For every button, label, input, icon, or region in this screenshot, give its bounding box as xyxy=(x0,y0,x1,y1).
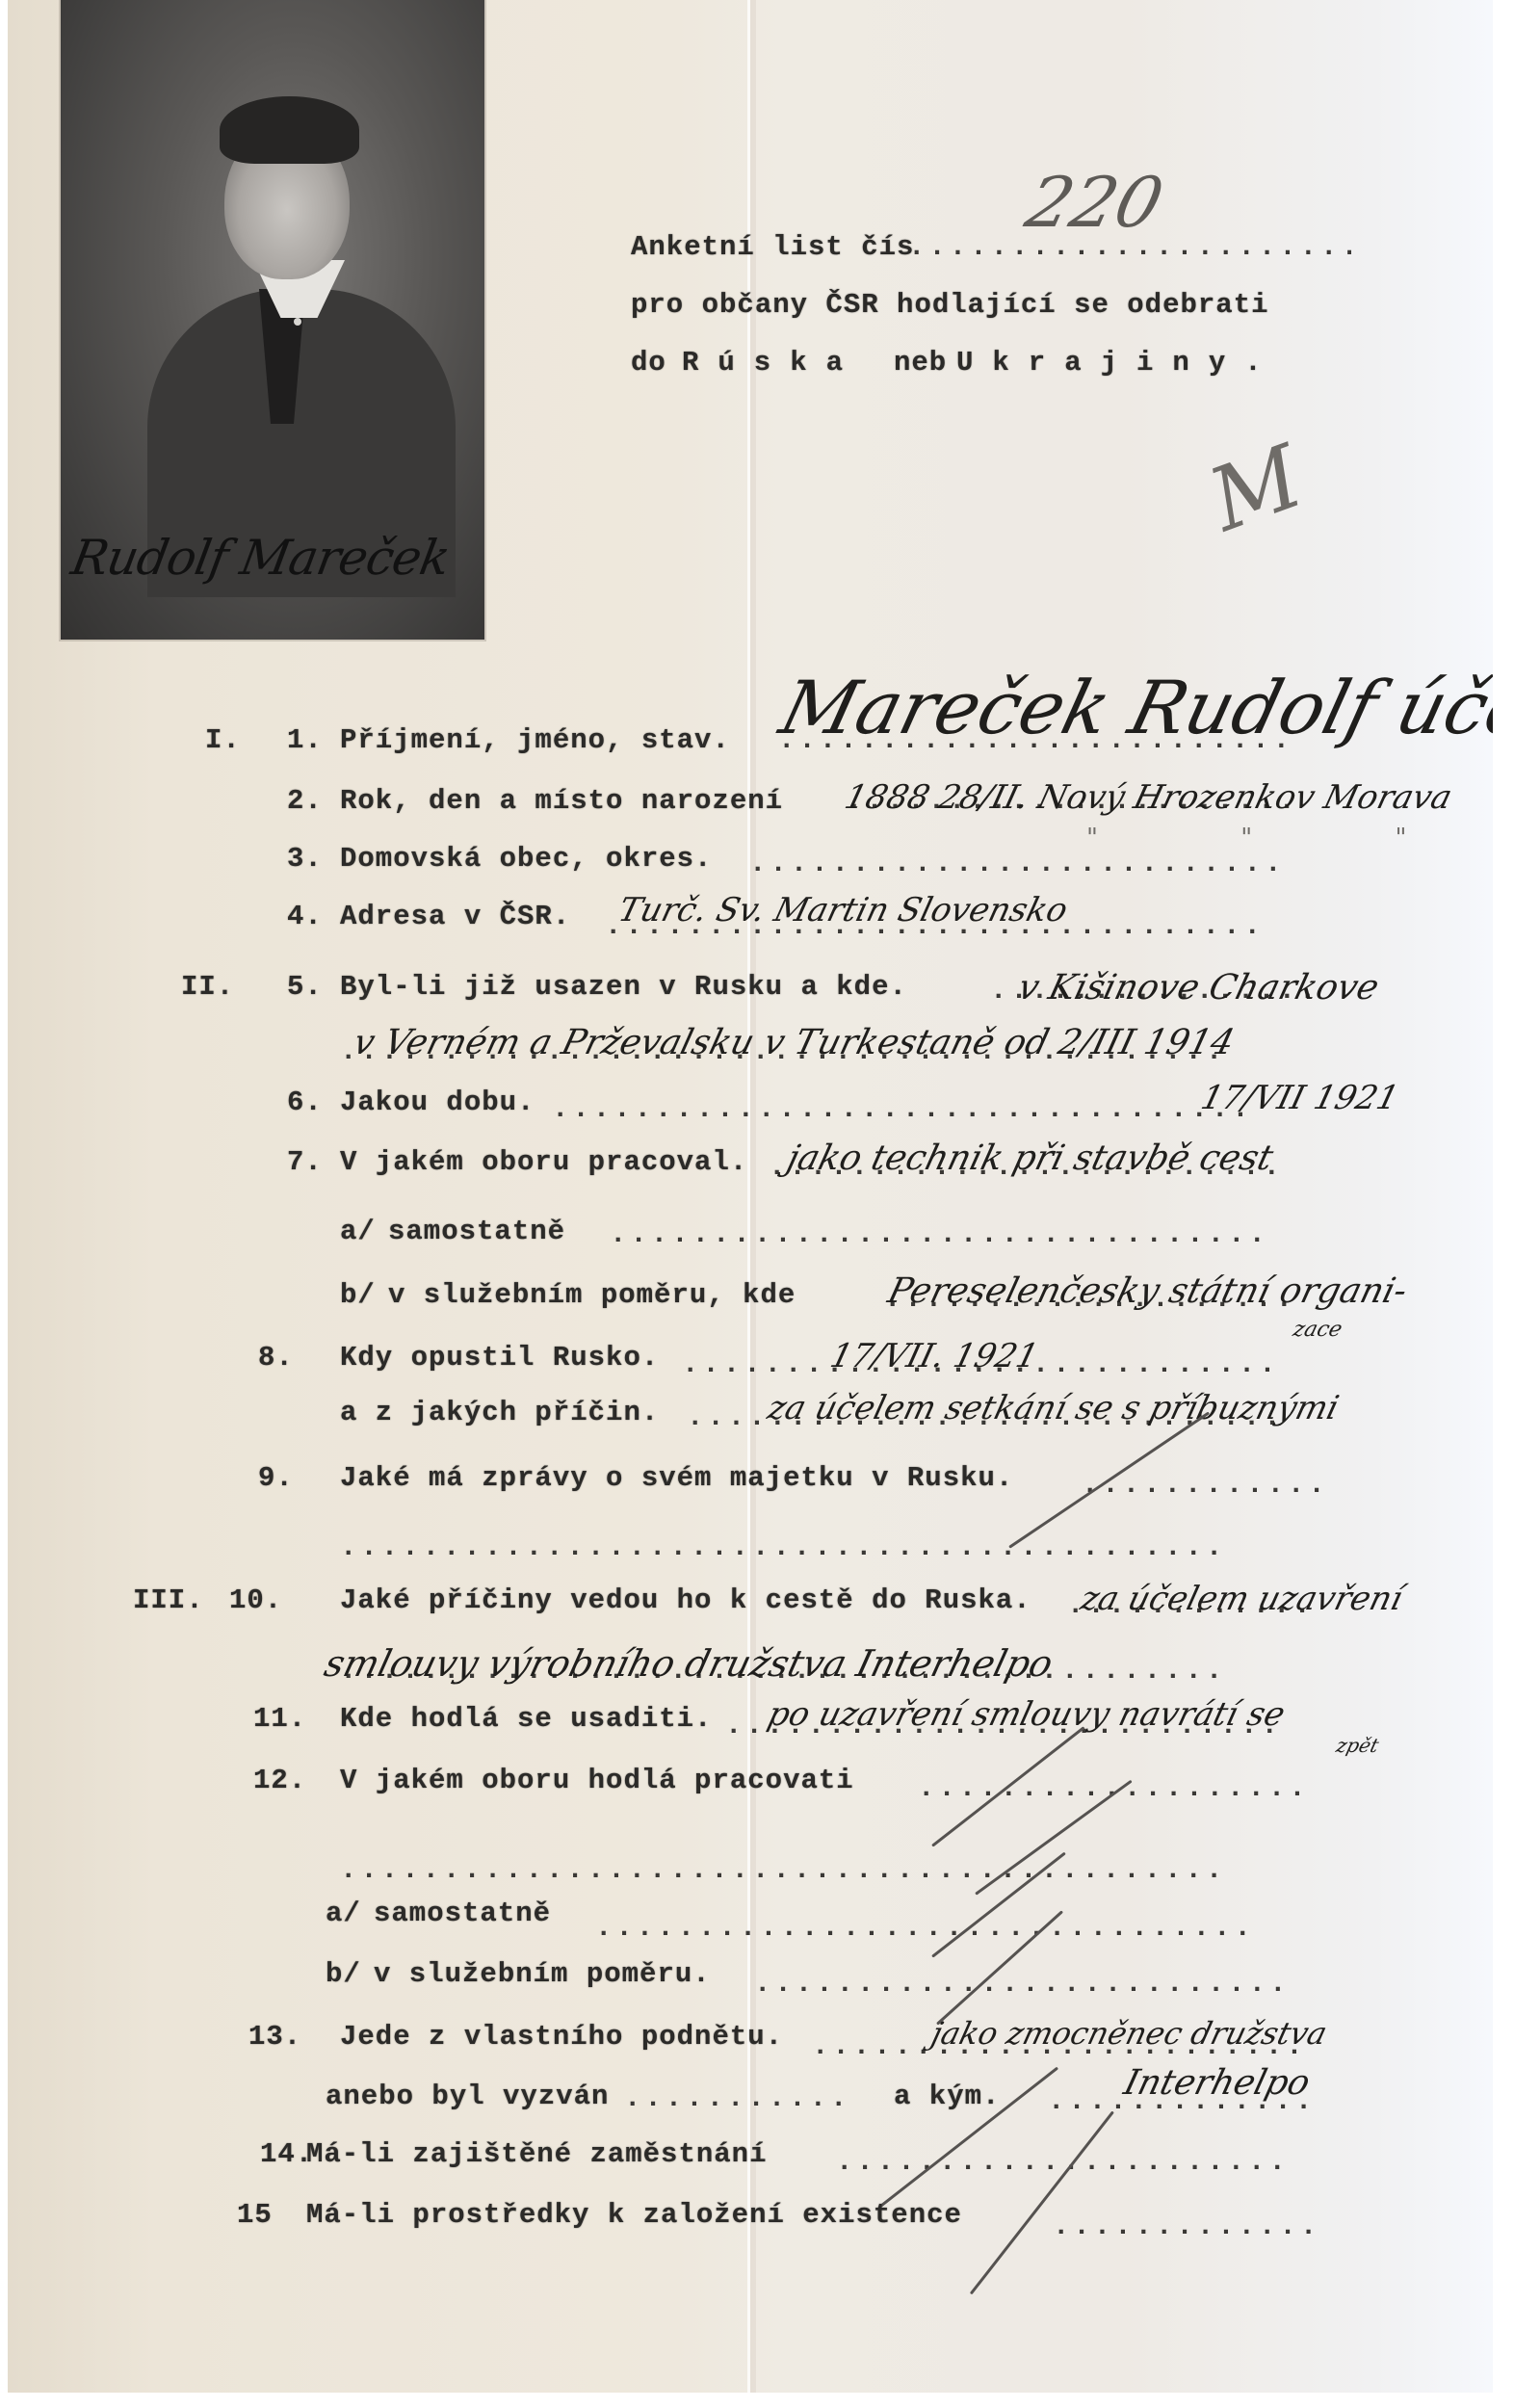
field-6-label: Jakou dobu. xyxy=(340,1086,535,1118)
field-9-label: Jaké má zprávy o svém majetku v Rusku. xyxy=(340,1462,1013,1494)
field-7a-label: samostatně xyxy=(388,1216,565,1247)
field-12-label: V jakém oboru hodlá pracovati xyxy=(340,1765,854,1796)
field-5-num: 5. xyxy=(287,971,323,1003)
field-10-answer[interactable]: za účelem uzavření xyxy=(1077,1580,1407,1618)
header-line-1: Anketní list čís xyxy=(631,231,914,263)
field-2-answer[interactable]: 1888 28/II. Nový Hrozenkov Morava xyxy=(841,778,1456,817)
field-1-answer[interactable]: Mareček Rudolf účetní xyxy=(772,665,1493,750)
field-8-reason-label: a z jakých příčin. xyxy=(340,1397,659,1428)
document-page: Rudolf Mareček Anketní list čís ........… xyxy=(8,0,1493,2393)
section-III: III. xyxy=(133,1584,204,1616)
field-12a-num: a/ xyxy=(326,1898,361,1929)
field-12b-dots: .......................... xyxy=(754,1968,1366,2000)
field-8-label: Kdy opustil Rusko. xyxy=(340,1342,659,1374)
field-13-by-whom-label: a kým. xyxy=(894,2081,1000,2112)
field-3-num: 3. xyxy=(287,843,323,875)
portrait-photo: Rudolf Mareček xyxy=(61,0,484,640)
field-15-label: Má-li prostředky k založení existence xyxy=(306,2199,962,2231)
field-11-answer-note[interactable]: zpět xyxy=(1334,1734,1381,1757)
header-line-3-ruska: Rúska xyxy=(682,347,862,379)
field-4-label: Adresa v ČSR. xyxy=(340,901,570,932)
field-10-label: Jaké příčiny vedou ho k cestě do Ruska. xyxy=(340,1584,1031,1616)
field-5-answer-line2[interactable]: v Verném a Prževalsku v Turkestaně od 2/… xyxy=(350,1023,1239,1062)
field-9-dots-line2: ........................................… xyxy=(340,1531,1366,1563)
field-2-num: 2. xyxy=(287,785,323,817)
field-12-dots: ................... xyxy=(918,1772,1366,1804)
field-7-num: 7. xyxy=(287,1146,323,1178)
field-14-dots: ...................... xyxy=(836,2146,1366,2178)
field-8-reason-answer[interactable]: za účelem setkání se s příbuznými xyxy=(764,1389,1343,1427)
field-15-cancel-stroke xyxy=(970,2110,1114,2294)
section-I: I. xyxy=(205,724,241,756)
field-7b-num: b/ xyxy=(340,1279,376,1311)
field-11-label: Kde hodlá se usaditi. xyxy=(340,1703,712,1735)
field-13-invited-dots: ........... xyxy=(624,2082,894,2114)
field-13-invited-label: anebo byl vyzván xyxy=(326,2081,609,2112)
field-8-num: 8. xyxy=(258,1342,294,1374)
field-12b-num: b/ xyxy=(326,1958,361,1990)
field-7a-num: a/ xyxy=(340,1216,376,1247)
field-7b-answer[interactable]: Pereselenčesky státní organi- xyxy=(884,1271,1411,1311)
photo-lapel-pin xyxy=(294,318,301,326)
field-8-answer[interactable]: 17/VII. 1921 xyxy=(826,1337,1042,1375)
field-12-dots-line2: ........................................… xyxy=(340,1854,1366,1886)
field-13-by-whom-answer[interactable]: Interhelpo xyxy=(1120,2063,1314,2103)
field-9-num: 9. xyxy=(258,1462,294,1494)
field-12-num: 12. xyxy=(253,1765,306,1796)
section-II: II. xyxy=(181,971,234,1003)
field-11-num: 11. xyxy=(253,1703,306,1735)
field-4-answer[interactable]: Turč. Sv. Martin Slovensko xyxy=(614,891,1072,929)
field-6-answer[interactable]: 17/VII 1921 xyxy=(1197,1079,1402,1117)
field-1-label: Příjmení, jméno, stav. xyxy=(340,724,730,756)
field-7-label: V jakém oboru pracoval. xyxy=(340,1146,747,1178)
field-3-answer[interactable]: " " " xyxy=(1086,824,1474,852)
field-13-label: Jede z vlastního podnětu. xyxy=(340,2021,783,2053)
field-7b-answer-line2[interactable]: zace xyxy=(1291,1318,1344,1342)
field-6-num: 6. xyxy=(287,1086,323,1118)
photo-hair xyxy=(220,96,359,164)
field-4-num: 4. xyxy=(287,901,323,932)
field-5-answer[interactable]: v Kišinove Charkove xyxy=(1014,968,1383,1008)
field-2-label: Rok, den a místo narození xyxy=(340,785,783,817)
field-10-num: 10. xyxy=(229,1584,282,1616)
field-7b-label: v služebním poměru, kde xyxy=(388,1279,796,1311)
field-5-label: Byl-li již usazen v Rusku a kde. xyxy=(340,971,907,1003)
field-14-num: 14. xyxy=(260,2138,313,2170)
field-15-num: 15 xyxy=(237,2199,273,2231)
field-13-answer[interactable]: jako zmocněnec družstva xyxy=(927,2015,1331,2052)
header-line-3-ukrajiny: Ukrajiny. xyxy=(956,347,1281,379)
field-1-num: 1. xyxy=(287,724,323,756)
pencil-mark: M xyxy=(1197,426,1316,551)
field-15-dots: ............. xyxy=(1053,2211,1366,2242)
field-7-answer[interactable]: jako technik při stavbě cest xyxy=(783,1139,1277,1178)
header-line-3-neb: neb xyxy=(894,347,947,379)
photo-signature: Rudolf Mareček xyxy=(67,530,454,586)
header-line-2: pro občany ČSR hodlající se odebrati xyxy=(631,289,1269,321)
field-11-answer[interactable]: po uzavření smlouvy navrátí se xyxy=(764,1695,1289,1734)
field-13-num: 13. xyxy=(248,2021,301,2053)
field-10-answer-line2[interactable]: smlouvy výrobního družstva Interhelpo xyxy=(321,1642,1057,1685)
field-3-label: Domovská obec, okres. xyxy=(340,843,712,875)
field-12b-label: v služebním poměru. xyxy=(374,1958,711,1990)
header-number: 220 xyxy=(1019,162,1171,243)
field-14-label: Má-li zajištěné zaměstnání xyxy=(306,2138,767,2170)
field-12a-label: samostatně xyxy=(374,1898,551,1929)
header-line-3-do: do xyxy=(631,347,666,379)
field-9-dots: ............ xyxy=(1082,1469,1366,1501)
field-7a-dots: ................................ xyxy=(610,1218,1366,1250)
